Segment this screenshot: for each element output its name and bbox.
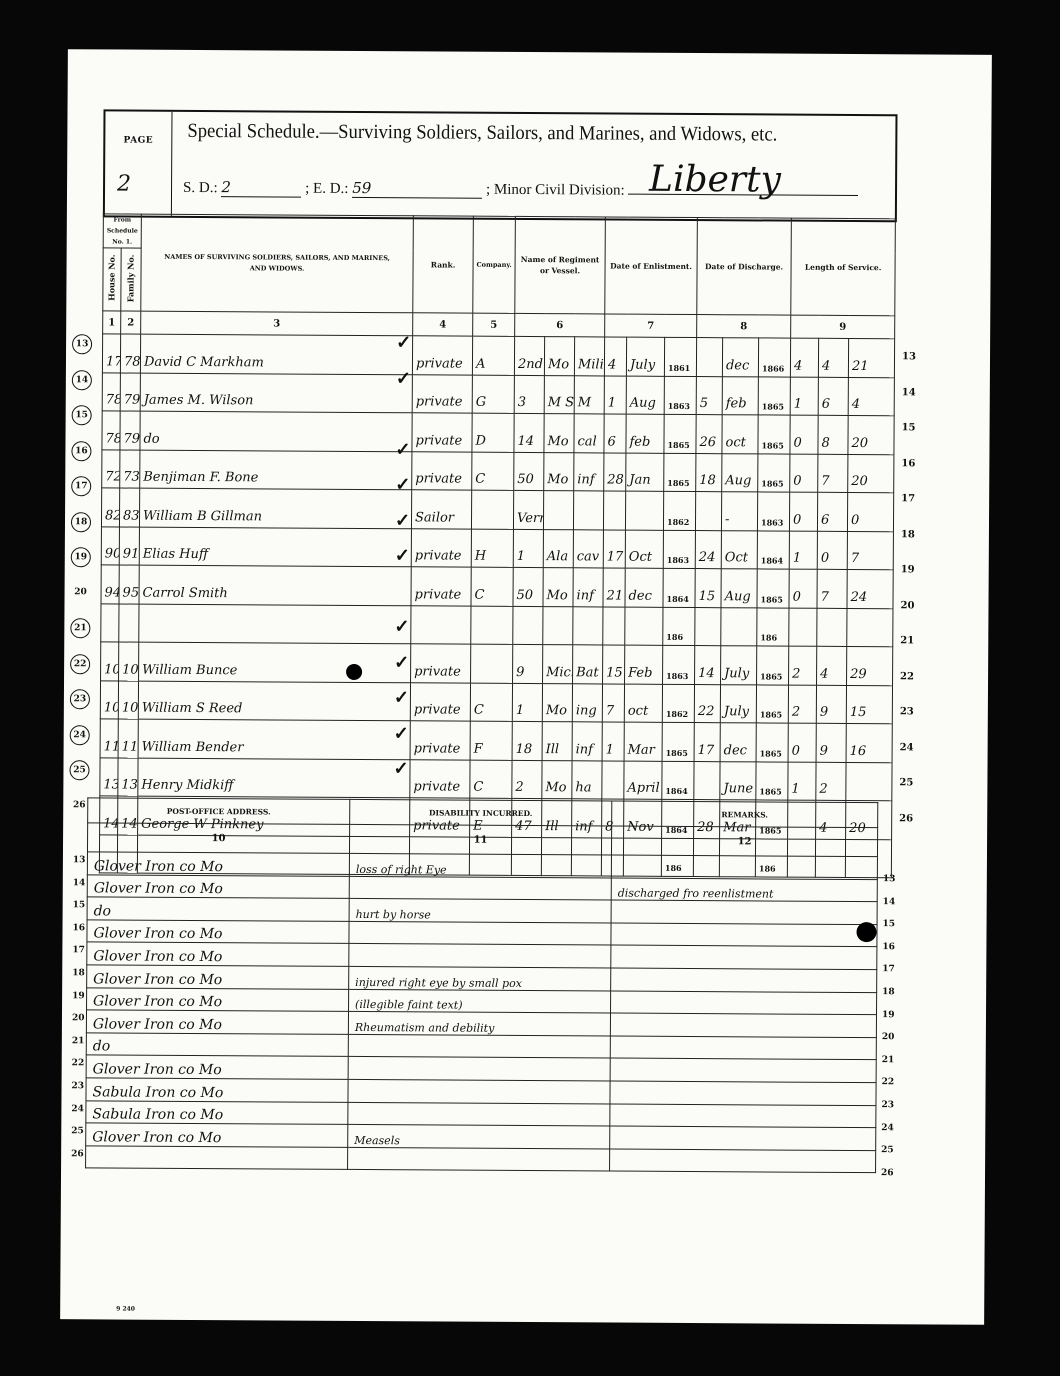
cell-days: 29 xyxy=(847,646,893,685)
check-mark-icon: ✓ xyxy=(395,474,410,495)
line-number-left: 24 xyxy=(71,1104,84,1114)
cell-rank: private xyxy=(410,721,470,760)
cell-disability xyxy=(349,921,611,945)
line-number-circle: 26 xyxy=(69,796,89,816)
cell-enl-month: Feb xyxy=(625,645,663,684)
cell-dis-month: oct xyxy=(722,415,758,454)
cell-dis-day: 24 xyxy=(695,530,721,569)
cell-reg-state: Ala xyxy=(543,529,573,568)
line-number-right: 19 xyxy=(882,1010,895,1020)
minor-civil-division-value: Liberty xyxy=(649,159,781,201)
cell-enl-month: April xyxy=(624,761,662,800)
header-row: From Schedule No. 1. Names of Surviving … xyxy=(103,214,895,253)
table-row: 8283William B GillmanSailorVermont1862-1… xyxy=(101,488,893,531)
cell-days xyxy=(846,762,892,801)
cell-dis-day: 15 xyxy=(695,569,721,608)
line-number-left: 16 xyxy=(72,923,85,933)
check-mark-icon: ✓ xyxy=(396,368,411,389)
cell-address: Sabula Iron co Mo xyxy=(86,1100,348,1124)
sd-label: S. D.: xyxy=(183,180,218,196)
cell-enl-day xyxy=(603,606,625,645)
col-discharge-header: Date of Discharge. xyxy=(697,218,792,316)
cell-enl-month xyxy=(625,607,663,646)
cell-enl-year: 186 xyxy=(663,607,695,646)
cell-disability xyxy=(348,1079,610,1103)
cell-reg-no: 2nd xyxy=(514,336,544,375)
cell-mos: 0 xyxy=(817,531,847,570)
table-row: 132133Henry MidkiffprivateC2MohaApril186… xyxy=(100,757,892,800)
from-schedule-header: From Schedule No. 1. xyxy=(103,214,141,248)
line-number-right: 15 xyxy=(902,422,916,433)
cell-company: F xyxy=(470,721,512,760)
cell-mos: 7 xyxy=(818,454,848,493)
cell-enl-day xyxy=(603,491,625,530)
cell-address xyxy=(86,1146,348,1170)
cell-dis-day: 17 xyxy=(694,723,720,762)
cell-mos: 4 xyxy=(818,338,848,377)
cell-dis-month: feb xyxy=(722,376,758,415)
cell-reg-state: Mo xyxy=(543,568,573,607)
cell-reg-state: Ill xyxy=(542,722,572,761)
cell-company: C xyxy=(470,760,512,799)
check-mark-icon: ✓ xyxy=(394,616,409,637)
cell-name: William S Reed xyxy=(138,681,410,721)
cell-house: 17 xyxy=(102,334,120,373)
cell-reg-arm: M xyxy=(574,375,604,414)
cell-disability: hurt by horse xyxy=(349,899,611,923)
line-number-left: 23 xyxy=(72,1081,85,1091)
col-company-header: Company. xyxy=(473,216,516,313)
cell-disability: (illegible faint text) xyxy=(349,989,611,1013)
cell-company xyxy=(471,606,513,645)
cell-reg-no: Vermont xyxy=(513,490,543,529)
line-number-left: 26 xyxy=(71,1149,84,1159)
line-number-right: 24 xyxy=(900,742,914,753)
cell-dis-year: 1865 xyxy=(756,761,788,800)
page-label: Page xyxy=(105,135,171,145)
cell-mos: 7 xyxy=(817,569,847,608)
col-remarks-header: Remarks. xyxy=(612,801,878,828)
cell-days: 21 xyxy=(848,338,894,377)
cell-dis-day xyxy=(695,492,721,531)
line-number-right: 25 xyxy=(899,777,913,788)
cell-company: C xyxy=(470,683,512,722)
col-name-header: Names of Surviving Soldiers, Sailors, an… xyxy=(141,214,414,313)
cell-days: 15 xyxy=(846,685,892,724)
check-mark-icon: ✓ xyxy=(394,723,409,744)
table-row: 7273Benjiman F. BoneprivateC50Moinf28Jan… xyxy=(102,449,894,492)
line-number-circle: 24 xyxy=(70,725,90,745)
cell-yrs xyxy=(789,608,817,647)
line-number-left: 20 xyxy=(72,1013,85,1023)
cell-company: H xyxy=(471,529,513,568)
col-num-10: 10 xyxy=(87,823,349,854)
cell-enl-day: 17 xyxy=(603,529,625,568)
cell-enl-month: Mar xyxy=(624,722,662,761)
check-mark-icon: ✓ xyxy=(394,652,409,673)
cell-dis-year: 1863 xyxy=(757,492,789,531)
cell-reg-arm: Bat xyxy=(573,645,603,684)
line-number-right: 14 xyxy=(883,897,896,907)
col-num-4: 4 xyxy=(413,313,473,336)
line-number-left: 21 xyxy=(72,1036,85,1046)
line-number-right: 17 xyxy=(901,493,915,504)
cell-enl-day: 28 xyxy=(604,452,626,491)
line-number-right: 26 xyxy=(881,1168,894,1178)
cell-yrs: 1 xyxy=(789,531,817,570)
cell-family: 91 xyxy=(119,527,139,566)
cell-reg-no: 50 xyxy=(514,452,544,491)
line-number-right: 19 xyxy=(901,564,915,575)
cell-address: Glover Iron co Mo xyxy=(87,920,349,944)
cell-reg-arm: Militia xyxy=(574,337,604,376)
cell-reg-arm: inf xyxy=(574,452,604,491)
cell-reg-arm: ing xyxy=(572,683,602,722)
page-cell: Page 2 xyxy=(105,111,173,215)
cell-name: David C Markham xyxy=(140,334,412,374)
line-number-right: 20 xyxy=(900,600,914,611)
cell-rank: private xyxy=(410,682,470,721)
cell-family: 95 xyxy=(119,565,139,604)
cell-reg-no: 9 xyxy=(513,644,543,683)
cell-dis-day: 5 xyxy=(696,376,722,415)
cell-reg-arm: inf xyxy=(572,722,602,761)
cell-enl-month: Oct xyxy=(625,530,663,569)
cell-rank: private xyxy=(412,413,472,452)
cell-yrs: 0 xyxy=(790,415,818,454)
schedule-title: Special Schedule.—Surviving Soldiers, Sa… xyxy=(187,120,777,147)
cell-enl-month: Aug xyxy=(626,376,664,415)
table-row: 112113William BenderprivateF18Illinf1Mar… xyxy=(100,719,892,762)
cell-days: 20 xyxy=(848,454,894,493)
cell-house: 102 xyxy=(100,680,118,719)
cell-reg-arm xyxy=(573,606,603,645)
col-disability-header: Disability Incurred. xyxy=(350,799,612,826)
line-number-circle: 17 xyxy=(71,476,91,496)
cell-dis-month: June xyxy=(720,761,756,800)
cell-remarks xyxy=(611,968,877,992)
cell-days: 7 xyxy=(847,531,893,570)
cell-remarks xyxy=(610,1058,876,1082)
cell-rank: private xyxy=(412,374,472,413)
cell-days: 4 xyxy=(848,377,894,416)
cell-reg-no: 1 xyxy=(513,529,543,568)
cell-house xyxy=(101,603,119,642)
cell-house: 78 xyxy=(102,411,120,450)
cell-disability: injured right eye by small pox xyxy=(349,966,611,990)
cell-dis-year: 1864 xyxy=(757,530,789,569)
cell-days: 0 xyxy=(848,492,894,531)
line-number-circle: 23 xyxy=(70,689,90,709)
ink-blot xyxy=(856,922,876,942)
cell-enl-year: 1864 xyxy=(662,761,694,800)
line-number-right: 15 xyxy=(883,919,896,929)
cell-reg-no: 3 xyxy=(514,375,544,414)
cell-family xyxy=(119,604,139,643)
cell-remarks xyxy=(610,1081,876,1105)
cell-house: 78 xyxy=(102,372,120,411)
cell-yrs: 4 xyxy=(790,338,818,377)
line-number-circle: 25 xyxy=(69,760,89,780)
cell-company: C xyxy=(471,567,513,606)
line-number-right: 18 xyxy=(901,529,915,540)
cell-reg-state: Mo xyxy=(544,452,574,491)
check-mark-icon: ✓ xyxy=(395,510,410,531)
check-mark-icon: ✓ xyxy=(395,545,410,566)
cell-name: Carrol Smith xyxy=(139,565,411,605)
cell-enl-day: 21 xyxy=(603,568,625,607)
table-row: 9495Carrol SmithprivateC50Moinf21dec1864… xyxy=(101,565,893,608)
cell-disability xyxy=(348,1102,610,1126)
cell-remarks xyxy=(610,1149,876,1173)
cell-company xyxy=(471,490,513,529)
cell-dis-day xyxy=(694,761,720,800)
cell-dis-month: Aug xyxy=(722,453,758,492)
cell-company xyxy=(471,644,513,683)
line-number-right: 13 xyxy=(902,351,916,362)
line-number-circle: 20 xyxy=(71,583,91,603)
cell-name: William Bender xyxy=(138,719,410,759)
line-number-left: 25 xyxy=(71,1126,84,1136)
cell-yrs: 0 xyxy=(790,454,818,493)
cell-reg-state: Mo xyxy=(544,337,574,376)
col-enlistment-header: Date of Enlistment. xyxy=(605,217,698,315)
cell-rank: private xyxy=(411,528,471,567)
line-number-circle: 16 xyxy=(71,441,91,461)
col-family-header: Family No. xyxy=(125,254,136,302)
cell-enl-year: 1865 xyxy=(664,414,696,453)
cell-family: 113 xyxy=(118,719,138,758)
cell-company: C xyxy=(472,452,514,491)
table-row: 7879doprivateD14Mocal6feb186526oct186508… xyxy=(102,411,894,454)
col-num-6: 6 xyxy=(515,313,605,337)
col-num-9: 9 xyxy=(791,315,895,339)
line-number-circle: 15 xyxy=(72,405,92,425)
soldiers-table: From Schedule No. 1. Names of Surviving … xyxy=(99,213,896,878)
line-number-right: 26 xyxy=(899,813,913,824)
cell-rank: private xyxy=(412,451,472,490)
cell-house: 72 xyxy=(102,449,120,488)
cell-remarks: discharged fro reenlistment xyxy=(611,878,877,902)
table-row: 100101William Bunceprivate9MichBat15Feb1… xyxy=(101,642,893,685)
cell-disability: Rheumatism and debility xyxy=(348,1012,610,1036)
cell-remarks xyxy=(610,1126,876,1150)
cell-enl-year: 1862 xyxy=(663,491,695,530)
cell-enl-year: 1863 xyxy=(664,376,696,415)
line-number-circle: 18 xyxy=(71,512,91,532)
cell-yrs: 2 xyxy=(788,685,816,724)
ed-value: 59 xyxy=(352,179,482,199)
col-num-7: 7 xyxy=(605,314,697,338)
line-number-left: 18 xyxy=(72,968,85,978)
cell-remarks xyxy=(611,855,877,879)
cell-name: James M. Wilson xyxy=(140,373,412,413)
line-number-right: 23 xyxy=(881,1100,894,1110)
cell-enl-day: 6 xyxy=(604,414,626,453)
cell-name: Henry Midkiff xyxy=(138,758,410,798)
cell-days: 20 xyxy=(848,415,894,454)
cell-dis-day xyxy=(695,607,721,646)
cell-dis-day: 26 xyxy=(696,415,722,454)
cell-enl-month: oct xyxy=(624,684,662,723)
cell-dis-day xyxy=(696,338,722,377)
line-number-right: 13 xyxy=(883,874,896,884)
line-number-right: 22 xyxy=(900,671,914,682)
cell-address: Glover Iron co Mo xyxy=(87,987,349,1011)
col-house-header: House No. xyxy=(106,255,117,301)
cell-reg-no: 14 xyxy=(514,413,544,452)
line-number-right: 16 xyxy=(882,942,895,952)
line-number-right: 21 xyxy=(882,1055,895,1065)
cell-house: 82 xyxy=(101,488,119,527)
cell-remarks xyxy=(611,991,877,1015)
col-num-3: 3 xyxy=(141,311,413,336)
cell-dis-year: 1865 xyxy=(758,376,790,415)
cell-enl-day: 15 xyxy=(603,645,625,684)
table-row: 186186 xyxy=(101,603,893,646)
cell-mos xyxy=(817,608,847,647)
table-row: 102103William S ReedprivateC1Moing7oct18… xyxy=(100,680,892,723)
cell-dis-day: 18 xyxy=(696,453,722,492)
cell-address: do xyxy=(86,1033,348,1057)
col-num-2: 2 xyxy=(121,311,141,334)
cell-name: Elias Huff xyxy=(139,527,411,567)
line-number-right: 21 xyxy=(900,635,914,646)
cell-dis-year: 1866 xyxy=(758,338,790,377)
cell-name: Benjiman F. Bone xyxy=(140,450,412,490)
cell-reg-state: Mo xyxy=(544,414,574,453)
cell-family: 73 xyxy=(120,450,140,489)
cell-dis-month: July xyxy=(721,646,757,685)
cell-family: 83 xyxy=(119,488,139,527)
cell-dis-day: 14 xyxy=(695,646,721,685)
cell-mos: 4 xyxy=(817,646,847,685)
census-page: Page 2 Special Schedule.—Surviving Soldi… xyxy=(60,49,992,1325)
check-mark-icon: ✓ xyxy=(394,687,409,708)
line-number-circle: 21 xyxy=(70,618,90,638)
cell-reg-arm: cav xyxy=(573,529,603,568)
line-number-right: 16 xyxy=(901,458,915,469)
cell-name xyxy=(139,604,411,644)
cell-enl-year: 1865 xyxy=(664,453,696,492)
cell-remarks xyxy=(610,1013,876,1037)
cell-enl-year: 1865 xyxy=(662,722,694,761)
cell-reg-arm: inf xyxy=(573,568,603,607)
cell-yrs: 0 xyxy=(790,492,818,531)
cell-reg-arm xyxy=(573,491,603,530)
cell-rank: Sailor xyxy=(411,490,471,529)
cell-dis-month: Aug xyxy=(721,569,757,608)
cell-address: Glover Iron co Mo xyxy=(86,1055,348,1079)
cell-address: Glover Iron co Mo xyxy=(87,965,349,989)
line-number-right: 24 xyxy=(881,1123,894,1133)
col-num-12: 12 xyxy=(611,826,877,857)
cell-enl-year: 1862 xyxy=(662,684,694,723)
cell-reg-state: M S xyxy=(544,375,574,414)
address-disability-table: Post-office Address. Disability Incurred… xyxy=(85,797,878,1173)
col-num-1: 1 xyxy=(103,311,121,334)
table-row: 7879James M. WilsonprivateG3M SM1Aug1863… xyxy=(102,372,894,415)
cell-dis-year: 1865 xyxy=(757,646,789,685)
cell-enl-month: dec xyxy=(625,568,663,607)
title-block: Page 2 Special Schedule.—Surviving Soldi… xyxy=(103,109,898,222)
cell-reg-no xyxy=(513,606,543,645)
cell-reg-arm: ha xyxy=(572,760,602,799)
cell-dis-month: July xyxy=(720,684,756,723)
cell-rank: private xyxy=(411,644,471,683)
ed-label: ; E. D.: xyxy=(305,181,348,197)
ink-blot xyxy=(346,664,362,680)
cell-dis-year: 186 xyxy=(757,607,789,646)
cell-remarks xyxy=(611,900,877,924)
print-marks: 9 240 xyxy=(116,1306,135,1313)
line-number-right: 25 xyxy=(881,1145,894,1155)
cell-remarks xyxy=(610,1104,876,1128)
cell-yrs: 1 xyxy=(790,377,818,416)
page-number: 2 xyxy=(117,171,131,196)
cell-address: Glover Iron co Mo xyxy=(86,1123,348,1147)
cell-dis-month: dec xyxy=(722,338,758,377)
cell-disability xyxy=(348,1147,610,1171)
cell-reg-no: 18 xyxy=(512,721,542,760)
col-num-5: 5 xyxy=(473,313,515,336)
cell-enl-month: feb xyxy=(626,414,664,453)
cell-dis-month: Oct xyxy=(721,530,757,569)
table-row xyxy=(86,1146,876,1173)
cell-days: 16 xyxy=(846,723,892,762)
cell-dis-year: 1865 xyxy=(758,453,790,492)
cell-dis-month xyxy=(721,607,757,646)
cell-dis-year: 1865 xyxy=(756,723,788,762)
line-number-left: 19 xyxy=(72,991,85,1001)
line-number-circle: 14 xyxy=(72,370,92,390)
cell-days: 24 xyxy=(847,569,893,608)
cell-rank: private xyxy=(411,567,471,606)
cell-reg-no: 2 xyxy=(512,760,542,799)
line-number-right: 18 xyxy=(882,987,895,997)
cell-enl-month: Jan xyxy=(626,453,664,492)
line-number-left: 13 xyxy=(73,855,86,865)
check-mark-icon: ✓ xyxy=(396,332,411,353)
cell-enl-year: 1863 xyxy=(663,645,695,684)
cell-reg-state xyxy=(543,606,573,645)
col-address-header: Post-office Address. xyxy=(88,798,350,825)
cell-name: William B Gillman xyxy=(139,488,411,528)
cell-family: 133 xyxy=(118,758,138,797)
cell-company: A xyxy=(472,336,514,375)
cell-reg-arm: cal xyxy=(574,414,604,453)
cell-disability: loss of right Eye xyxy=(349,853,611,877)
cell-enl-year: 1864 xyxy=(663,568,695,607)
cell-reg-no: 1 xyxy=(512,683,542,722)
line-number-right: 17 xyxy=(882,965,895,975)
cell-enl-year: 1861 xyxy=(664,337,696,376)
cell-enl-day: 1 xyxy=(602,722,624,761)
cell-enl-year: 1863 xyxy=(663,530,695,569)
cell-reg-state: Mo xyxy=(542,760,572,799)
cell-dis-year: 1865 xyxy=(758,415,790,454)
cell-family: 78 xyxy=(120,334,140,373)
cell-remarks xyxy=(611,923,877,947)
cell-enl-day: 1 xyxy=(604,375,626,414)
cell-house: 90 xyxy=(101,526,119,565)
cell-yrs: 0 xyxy=(789,569,817,608)
cell-disability xyxy=(349,944,611,968)
cell-yrs: 2 xyxy=(789,646,817,685)
cell-rank xyxy=(411,605,471,644)
cell-dis-day: 22 xyxy=(694,684,720,723)
line-number-right: 20 xyxy=(882,1032,895,1042)
